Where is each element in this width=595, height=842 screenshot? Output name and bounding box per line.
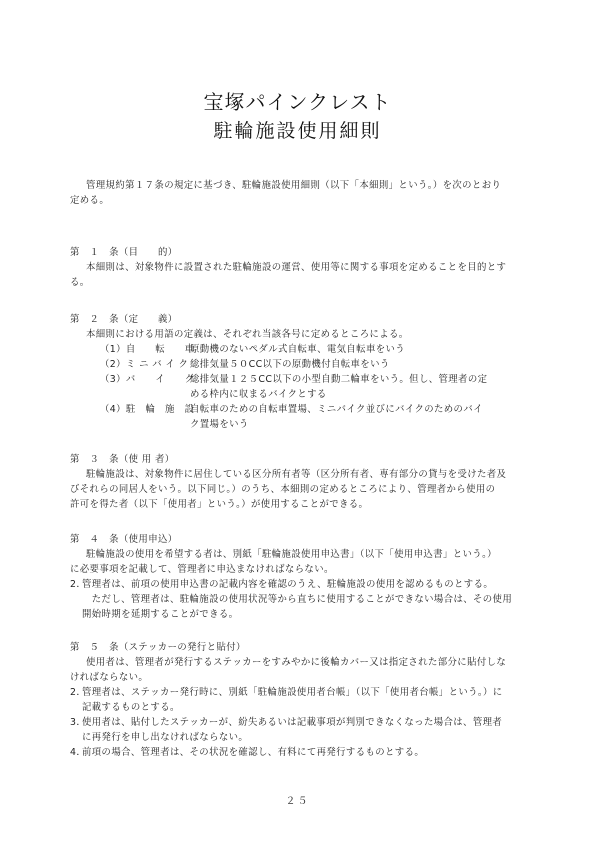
article-text: る。: [70, 275, 540, 290]
definition-line: める枠内に収まるバイクとする: [190, 387, 540, 402]
definition-row: （4）駐 輪 施 設 自転車のための自転車置場、ミニバイク並びにバイクのためのバ…: [70, 402, 540, 432]
article-4: 第 ４ 条（使用申込） 駐輪施設の使用を希望する者は、別紙「駐輪施設使用申込書」…: [70, 532, 540, 622]
article-heading: 第 ３ 条（使 用 者）: [70, 452, 540, 467]
item-line: 管理者は、ステッカー発行時に、別紙「駐輪施設使用者台帳」（以下「使用者台帳」とい…: [82, 685, 540, 700]
definition-term: （1）自 転 車: [70, 342, 190, 357]
article-5: 第 ５ 条（ステッカーの発行と貼付） 使用者は、管理者が発行するステッカーをすみ…: [70, 640, 540, 760]
document-title: 宝塚パインクレスト: [0, 86, 595, 115]
document-page: 宝塚パインクレスト 駐輪施設使用細則 管理規約第１７条の規定に基づき、駐輪施設使…: [0, 0, 595, 842]
definition-line: 総排気量５０CC以下の原動機付自転車をいう: [190, 357, 540, 372]
article-heading: 第 １ 条（目 的）: [70, 245, 540, 260]
article-text: 使用者は、管理者が発行するステッカーをすみやかに後輪カバー又は指定された部分に貼…: [70, 655, 540, 670]
numbered-item: 3． 使用者は、貼付したステッカーが、紛失あるいは記載事項が判別できなくなった場…: [70, 715, 540, 745]
article-heading: 第 ５ 条（ステッカーの発行と貼付）: [70, 640, 540, 655]
item-line: 記載するものとする。: [82, 700, 540, 715]
definition-line: ク置場をいう: [190, 417, 540, 432]
item-number: 2．: [70, 685, 82, 715]
item-line: 開始時期を延期することができる。: [82, 607, 540, 622]
definition-row: （1）自 転 車 原動機のないペダル式自転車、電気自転車をいう: [70, 342, 540, 357]
preamble-line: 管理規約第１７条の規定に基づき、駐輪施設使用細則（以下「本細則」という。）を次の…: [70, 178, 540, 193]
definition-desc: 原動機のないペダル式自転車、電気自転車をいう: [190, 342, 540, 357]
item-text: 管理者は、ステッカー発行時に、別紙「駐輪施設使用者台帳」（以下「使用者台帳」とい…: [82, 685, 540, 715]
preamble: 管理規約第１７条の規定に基づき、駐輪施設使用細則（以下「本細則」という。）を次の…: [70, 178, 540, 208]
item-text: 使用者は、貼付したステッカーが、紛失あるいは記載事項が判別できなくなった場合は、…: [82, 715, 540, 745]
definition-desc: 自転車のための自転車置場、ミニバイク並びにバイクのためのバイ ク置場をいう: [190, 402, 540, 432]
article-1: 第 １ 条（目 的） 本細則は、対象物件に設置された駐輪施設の運営、使用等に関す…: [70, 245, 540, 290]
item-number: 4．: [70, 745, 82, 760]
article-text: 駐輪施設の使用を希望する者は、別紙「駐輪施設使用申込書」（以下「使用申込書」とい…: [70, 547, 540, 562]
article-2: 第 ２ 条（定 義） 本細則における用語の定義は、それぞれ当該各号に定めるところ…: [70, 312, 540, 432]
article-text: ければならない。: [70, 670, 540, 685]
definition-line: 原動機のないペダル式自転車、電気自転車をいう: [190, 342, 540, 357]
item-text: 前項の場合、管理者は、その状況を確認し、有料にて再発行するものとする。: [82, 745, 540, 760]
item-line: 使用者は、貼付したステッカーが、紛失あるいは記載事項が判別できなくなった場合は、…: [82, 715, 540, 730]
article-text: 駐輪施設は、対象物件に居住している区分所有者等（区分所有者、専有部分の貸与を受け…: [70, 467, 540, 482]
item-line: 前項の場合、管理者は、その状況を確認し、有料にて再発行するものとする。: [82, 745, 540, 760]
article-heading: 第 ２ 条（定 義）: [70, 312, 540, 327]
numbered-item: 2． 管理者は、ステッカー発行時に、別紙「駐輪施設使用者台帳」（以下「使用者台帳…: [70, 685, 540, 715]
article-text: 本細則における用語の定義は、それぞれ当該各号に定めるところによる。: [70, 327, 540, 342]
definition-row: （3）バ イ ク 総排気量１２５CC以下の小型自動二輪車をいう。但し、管理者の定…: [70, 372, 540, 402]
definition-desc: 総排気量１２５CC以下の小型自動二輪車をいう。但し、管理者の定 める枠内に収まる…: [190, 372, 540, 402]
definition-row: （2）ミ ニ バ イ ク 総排気量５０CC以下の原動機付自転車をいう: [70, 357, 540, 372]
article-3: 第 ３ 条（使 用 者） 駐輪施設は、対象物件に居住している区分所有者等（区分所…: [70, 452, 540, 512]
article-heading: 第 ４ 条（使用申込）: [70, 532, 540, 547]
numbered-item: 2． 管理者は、前項の使用申込書の記載内容を確認のうえ、駐輪施設の使用を認めるも…: [70, 577, 540, 622]
definition-term: （2）ミ ニ バ イ ク: [70, 357, 190, 372]
definition-line: 自転車のための自転車置場、ミニバイク並びにバイクのためのバイ: [190, 402, 540, 417]
definition-desc: 総排気量５０CC以下の原動機付自転車をいう: [190, 357, 540, 372]
item-line: に再発行を申し出なければならない。: [82, 730, 540, 745]
definition-term: （4）駐 輪 施 設: [70, 402, 190, 432]
article-text: 許可を得た者（以下「使用者」という。）が使用することができる。: [70, 497, 540, 512]
page-number: ２５: [0, 792, 595, 807]
item-text: 管理者は、前項の使用申込書の記載内容を確認のうえ、駐輪施設の使用を認めるものとす…: [82, 577, 540, 622]
numbered-item: 4． 前項の場合、管理者は、その状況を確認し、有料にて再発行するものとする。: [70, 745, 540, 760]
definition-line: 総排気量１２５CC以下の小型自動二輪車をいう。但し、管理者の定: [190, 372, 540, 387]
article-text: 本細則は、対象物件に設置された駐輪施設の運営、使用等に関する事項を定めることを目…: [70, 260, 540, 275]
item-number: 3．: [70, 715, 82, 745]
item-line: ただし、管理者は、駐輪施設の使用状況等から直ちに使用することができない場合は、そ…: [82, 592, 540, 607]
article-text: に必要事項を記載して、管理者に申込まなければならない。: [70, 562, 540, 577]
article-text: びそれらの同居人をいう。以下同じ。）のうち、本細則の定めるところにより、管理者か…: [70, 482, 540, 497]
document-subtitle: 駐輪施設使用細則: [0, 116, 595, 143]
preamble-line: 定める。: [70, 193, 540, 208]
item-line: 管理者は、前項の使用申込書の記載内容を確認のうえ、駐輪施設の使用を認めるものとす…: [82, 577, 540, 592]
item-number: 2．: [70, 577, 82, 622]
definition-term: （3）バ イ ク: [70, 372, 190, 402]
